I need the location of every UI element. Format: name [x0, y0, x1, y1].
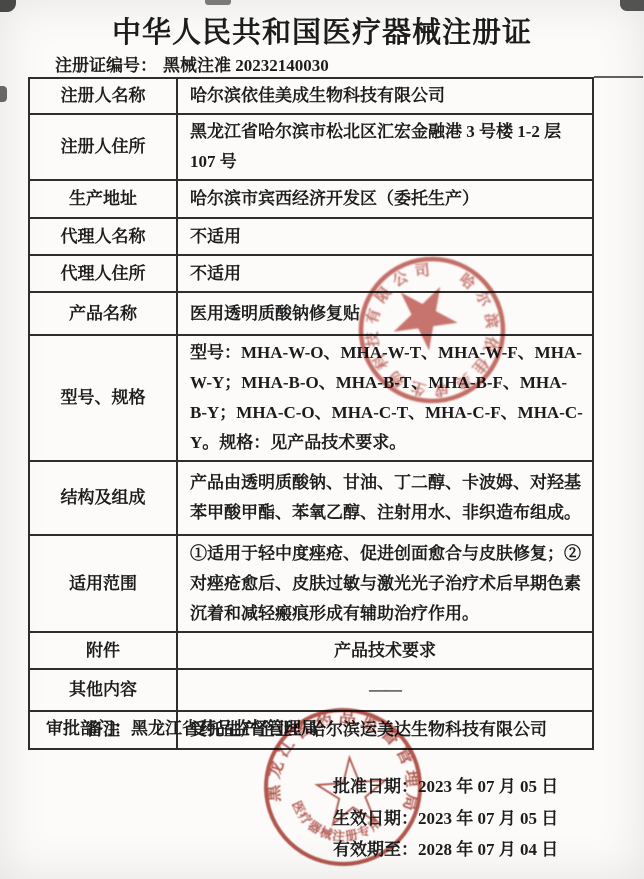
table-row: 适用范围 ①适用于轻中度痤疮、促进创面愈合与皮肤修复；②对痤疮愈后、皮肤过敏与激… — [29, 535, 593, 632]
effective-date-label: 生效日期： — [333, 809, 418, 828]
approval-date-line: 批准日期：2023 年 07 月 05 日 — [333, 771, 558, 803]
expiry-date-label: 有效期至： — [333, 840, 418, 859]
registration-certificate-page: 中华人民共和国医疗器械注册证 注册证编号：黑械注准 20232140030 注册… — [0, 0, 644, 879]
row-label: 附件 — [29, 632, 177, 669]
row-value: 黑龙江省哈尔滨市松北区汇宏金融港 3 号楼 1-2 层 107 号 — [177, 114, 593, 180]
row-value: 医用透明质酸钠修复贴 — [177, 292, 593, 335]
row-value: 不适用 — [177, 218, 593, 255]
table-row: 代理人住所 不适用 — [29, 255, 593, 292]
table-row: 注册人名称 哈尔滨依佳美成生物科技有限公司 — [29, 78, 593, 114]
row-value: 产品技术要求 — [177, 632, 593, 669]
table-top-rule-extension — [594, 76, 643, 78]
row-label: 型号、规格 — [29, 335, 177, 461]
expiry-date-line: 有效期至：2028 年 07 月 04 日 — [333, 834, 558, 866]
approval-department-value: 黑龙江省药品监督管理局 — [131, 719, 318, 738]
page-title: 中华人民共和国医疗器械注册证 — [0, 10, 644, 51]
row-value: 哈尔滨依佳美成生物科技有限公司 — [177, 78, 593, 114]
row-label: 注册人住所 — [29, 114, 177, 180]
table-row: 代理人名称 不适用 — [29, 218, 593, 255]
row-value: 哈尔滨市宾西经济开发区（委托生产） — [177, 180, 593, 218]
effective-date-value: 2023 年 07 月 05 日 — [418, 809, 558, 828]
approval-date-value: 2023 年 07 月 05 日 — [418, 777, 558, 796]
row-label: 生产地址 — [29, 180, 177, 218]
row-value: ①适用于轻中度痤疮、促进创面愈合与皮肤修复；②对痤疮愈后、皮肤过敏与激光光子治疗… — [177, 535, 593, 632]
date-block: 批准日期：2023 年 07 月 05 日 生效日期：2023 年 07 月 0… — [333, 771, 558, 866]
registration-table: 注册人名称 哈尔滨依佳美成生物科技有限公司 注册人住所 黑龙江省哈尔滨市松北区汇… — [28, 77, 594, 750]
row-label: 注册人名称 — [29, 78, 177, 114]
table-row: 结构及组成 产品由透明质酸钠、甘油、丁二醇、卡波姆、对羟基苯甲酸甲酯、苯氧乙醇、… — [29, 461, 593, 535]
table-row: 附件 产品技术要求 — [29, 632, 593, 669]
table-row: 型号、规格 型号：MHA-W-O、MHA-W-T、MHA-W-F、MHA-W-Y… — [29, 335, 593, 461]
row-label: 结构及组成 — [29, 461, 177, 535]
table-row: 注册人住所 黑龙江省哈尔滨市松北区汇宏金融港 3 号楼 1-2 层 107 号 — [29, 114, 593, 180]
row-value: 不适用 — [177, 255, 593, 292]
scan-artifact-left — [0, 86, 7, 102]
row-value: 型号：MHA-W-O、MHA-W-T、MHA-W-F、MHA-W-Y；MHA-B… — [177, 335, 593, 461]
approval-department: 审批部门：黑龙江省药品监督管理局 — [46, 714, 318, 739]
certificate-number-label: 注册证编号： — [55, 56, 157, 75]
approval-date-label: 批准日期： — [333, 777, 418, 796]
expiry-date-value: 2028 年 07 月 04 日 — [418, 840, 558, 859]
row-label: 其他内容 — [29, 669, 177, 711]
approval-department-label: 审批部门： — [46, 719, 131, 738]
table-row: 其他内容 —— — [29, 669, 593, 711]
row-label: 适用范围 — [29, 535, 177, 632]
certificate-number-value: 黑械注准 20232140030 — [163, 56, 329, 75]
table-row: 产品名称 医用透明质酸钠修复贴 — [29, 292, 593, 335]
scan-artifact-top — [205, 0, 231, 5]
table-row: 生产地址 哈尔滨市宾西经济开发区（委托生产） — [29, 180, 593, 218]
effective-date-line: 生效日期：2023 年 07 月 05 日 — [333, 803, 558, 835]
row-value: —— — [177, 669, 593, 711]
row-label: 代理人住所 — [29, 255, 177, 292]
row-label: 产品名称 — [29, 292, 177, 335]
certificate-number: 注册证编号：黑械注准 20232140030 — [55, 51, 329, 76]
row-value: 产品由透明质酸钠、甘油、丁二醇、卡波姆、对羟基苯甲酸甲酯、苯氧乙醇、注射用水、非… — [177, 461, 593, 535]
row-label: 代理人名称 — [29, 218, 177, 255]
